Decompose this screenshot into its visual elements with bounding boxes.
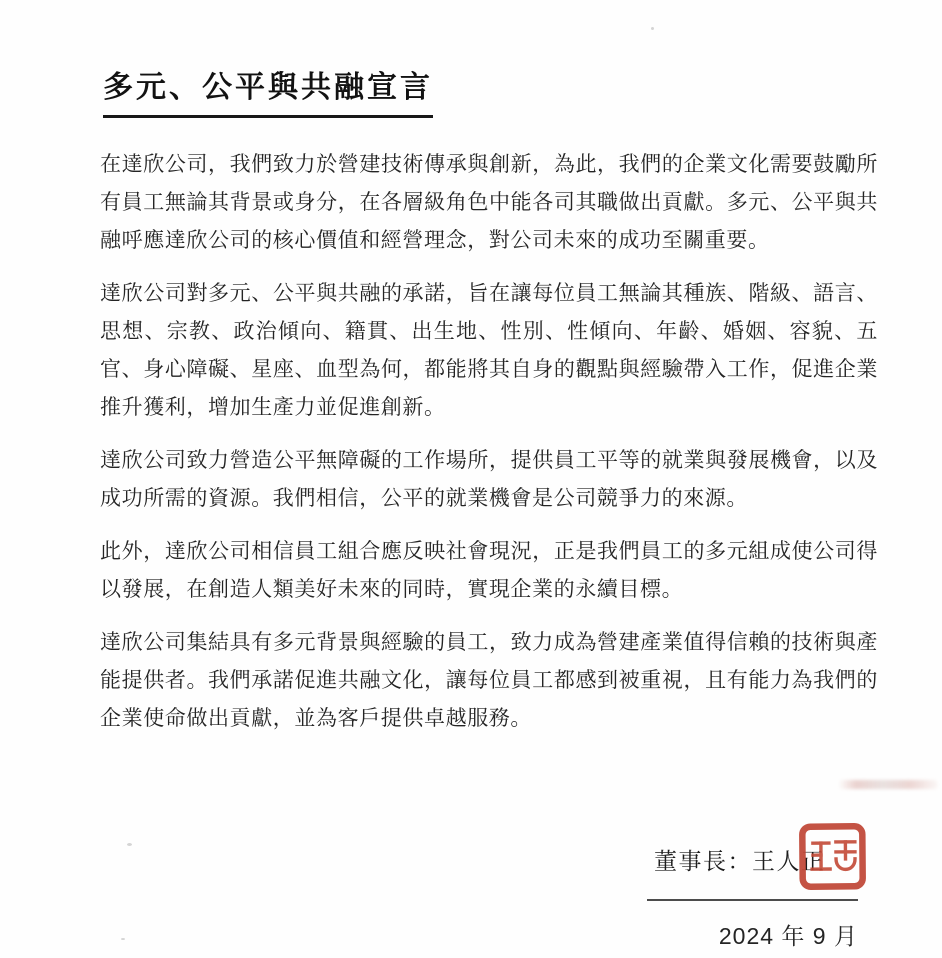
scan-speck [127, 843, 132, 846]
declaration-paragraph: 此外，達欣公司相信員工組合應反映社會現況，正是我們員工的多元組成使公司得以發展，… [100, 533, 878, 609]
scan-speck [651, 27, 654, 30]
document-body: 在達欣公司，我們致力於營建技術傳承與創新，為此，我們的企業文化需要鼓勵所有員工無… [100, 146, 878, 753]
declaration-paragraph: 達欣公司致力營造公平無障礙的工作場所，提供員工平等的就業與發展機會，以及成功所需… [100, 442, 878, 518]
scan-speck [121, 938, 125, 940]
declaration-paragraph: 在達欣公司，我們致力於營建技術傳承與創新，為此，我們的企業文化需要鼓勵所有員工無… [100, 146, 878, 260]
seal-ink-smudge-artifact [838, 780, 938, 789]
scanned-document-page: 多元、公平與共融宣言 在達欣公司，我們致力於營建技術傳承與創新，為此，我們的企業… [0, 0, 942, 958]
signature-divider-line [647, 899, 858, 901]
chairman-seal-stamp-icon [798, 822, 868, 892]
document-date: 2024 年 9 月 [719, 918, 858, 951]
page-title: 多元、公平與共融宣言 [103, 62, 433, 118]
declaration-paragraph: 達欣公司對多元、公平與共融的承諾，旨在讓每位員工無論其種族、階級、語言、思想、宗… [100, 275, 878, 427]
declaration-paragraph: 達欣公司集結具有多元背景與經驗的員工，致力成為營建產業值得信賴的技術與產能提供者… [100, 624, 878, 738]
